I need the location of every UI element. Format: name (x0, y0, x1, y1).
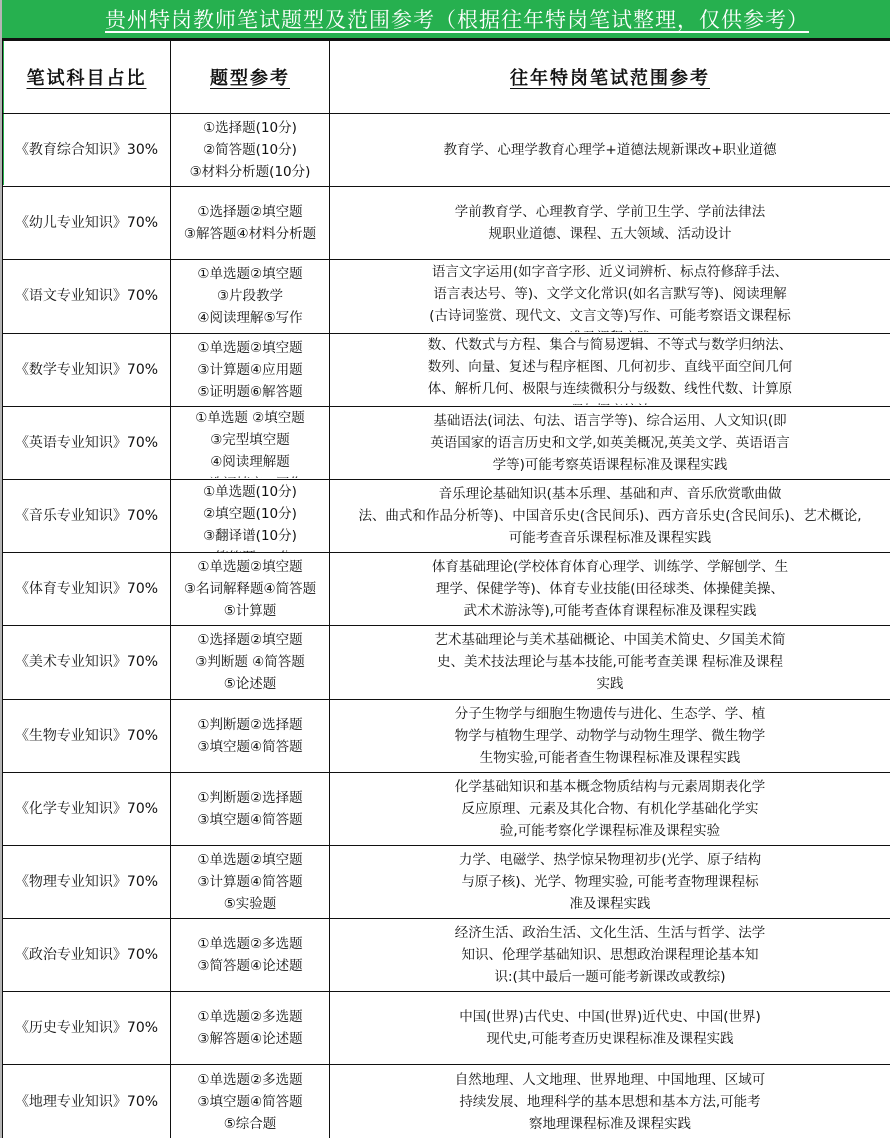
cell-line: ⑤选词填空⑥写作 (171, 473, 329, 478)
scope-cell[interactable]: 学前教育学、心理教育学、学前卫生学、学前法律法规职业道德、课程、五大领域、活动设… (330, 187, 890, 260)
question-types-cell[interactable]: ①单选题②填空题③计算题④简答题⑤实验题 (171, 845, 330, 918)
cell-line: 现代史,可能考查历史课程标准及课程实践 (330, 1028, 890, 1050)
subject-cell[interactable]: 《历史专业知识》70% (3, 992, 171, 1065)
subject-cell[interactable]: 《物理专业知识》70% (3, 845, 171, 918)
question-types-cell-content: ①单选题②填空题③计算题④应用题⑤证明题⑥解答题 (171, 334, 329, 405)
question-types-cell[interactable]: ①单选题②填空题③名词解释题④简答题⑤计算题 (171, 553, 330, 626)
header-row: 笔试科目占比 题型参考 往年特岗笔试范围参考 (3, 41, 890, 114)
cell-line: ①选择题②填空题 (171, 629, 329, 651)
scope-cell[interactable]: 体育基础理论(学校体育体育心理学、训练学、学解刨学、生理学、保健学等)、体育专业… (330, 553, 890, 626)
scope-cell-content: 经济生活、政治生活、文化生活、生活与哲学、法学知识、伦理学基础知识、思想政治课程… (330, 920, 890, 991)
cell-line: 可能考查音乐课程标准及课程实践 (330, 527, 890, 549)
table-row: 《化学专业知识》70%①判断题②选择题③填空题④简答题化学基础知识和基本概念物质… (3, 772, 890, 845)
scope-cell-content: 音乐理论基础知识(基本乐理、基础和声、音乐欣赏歌曲做法、曲式和作品分析等)、中国… (330, 481, 890, 552)
cell-line: 察地理课程标准及课程实践 (330, 1113, 890, 1135)
scope-cell[interactable]: 经济生活、政治生活、文化生活、生活与哲学、法学知识、伦理学基础知识、思想政治课程… (330, 919, 890, 992)
cell-line: ③填空题④简答题 (171, 736, 329, 758)
cell-line: 规职业道德、课程、五大领域、活动设计 (330, 223, 890, 245)
title-banner: 贵州特岗教师笔试题型及范围参考（根据往年特岗笔试整理，仅供参考） (2, 0, 890, 40)
cell-line: ③填空题④简答题 (171, 809, 329, 831)
exam-reference-table: 笔试科目占比 题型参考 往年特岗笔试范围参考 《教育综合知识》30%①选择题(1… (2, 40, 890, 1138)
question-types-cell[interactable]: ①选择题(10分)②简答题(10分)③材料分析题(10分) (171, 114, 330, 187)
cell-line: ⑤计算题 (171, 600, 329, 622)
scope-cell[interactable]: 分子生物学与细胞生物遗传与进化、生态学、学、植物学与植物生理学、动物学与动物生理… (330, 699, 890, 772)
scope-cell-content: 自然地理、人文地理、世界地理、中国地理、区域可持续发展、地理科学的基本思想和基本… (330, 1066, 890, 1137)
cell-line: 识:(其中最后一题可能考新课改或教综) (330, 966, 890, 988)
question-types-cell[interactable]: ①单选题(10分)②填空题(10分)③翻译谱(10分)④简答题(10分) (171, 479, 330, 552)
question-types-cell[interactable]: ①判断题②选择题③填空题④简答题 (171, 772, 330, 845)
cell-line: ⑤论述题 (171, 673, 329, 695)
page-title: 贵州特岗教师笔试题型及范围参考（根据往年特岗笔试整理，仅供参考） (85, 4, 809, 34)
cell-line: 数、代数式与方程、集合与简易逻辑、不等式与数学归纳法、 (330, 334, 890, 356)
cell-line: ⑤综合题 (171, 1113, 329, 1135)
question-types-cell-content: ①单选题②多选题③填空题④简答题⑤综合题 (171, 1066, 329, 1137)
question-types-cell[interactable]: ①选择题②填空题③解答题④材料分析题 (171, 187, 330, 260)
scope-cell[interactable]: 教育学、心理学教育心理学+道德法规新课改+职业道德 (330, 114, 890, 187)
cell-line: ③片段教学 (171, 285, 329, 307)
scope-cell-content: 体育基础理论(学校体育体育心理学、训练学、学解刨学、生理学、保健学等)、体育专业… (330, 554, 890, 625)
cell-line: 理学、保健学等)、体育专业技能(田径球类、体操健美操、 (330, 578, 890, 600)
subject-cell[interactable]: 《体育专业知识》70% (3, 553, 171, 626)
cell-line: ②填空题(10分) (171, 503, 329, 525)
cell-line: 艺术基础理论与美术基础概论、中国美术简史、夕国美术简 (330, 629, 890, 651)
subject-cell[interactable]: 《化学专业知识》70% (3, 772, 171, 845)
cell-line: ③解答题④材料分析题 (171, 223, 329, 245)
question-types-cell-content: ①选择题(10分)②简答题(10分)③材料分析题(10分) (171, 115, 329, 186)
scope-cell-content: 语言文字运用(如字音字形、近义词辨析、标点符修辞手法、语言表达号、等)、文学文化… (330, 261, 890, 332)
header-scope[interactable]: 往年特岗笔试范围参考 (330, 41, 890, 114)
question-types-cell[interactable]: ①选择题②填空题③判断题 ④简答题⑤论述题 (171, 626, 330, 699)
cell-line: 音乐理论基础知识(基本乐理、基础和声、音乐欣赏歌曲做 (330, 483, 890, 505)
cell-line: ⑤实验题 (171, 893, 329, 915)
cell-line: 生物实验,可能者查生物课程标准及课程实践 (330, 747, 890, 769)
table-row: 《数学专业知识》70%①单选题②填空题③计算题④应用题⑤证明题⑥解答题数、代数式… (3, 333, 890, 406)
cell-line: 反应原理、元素及其化合物、有机化学基础化学实 (330, 798, 890, 820)
question-types-cell-content: ①判断题②选择题③填空题④简答题 (171, 773, 329, 844)
scope-cell[interactable]: 语言文字运用(如字音字形、近义词辨析、标点符修辞手法、语言表达号、等)、文学文化… (330, 260, 890, 333)
cell-line: ④简答题(10分) (171, 547, 329, 552)
subject-cell[interactable]: 《美术专业知识》70% (3, 626, 171, 699)
question-types-cell-content: ①单选题②多选题③解答题④论述题 (171, 993, 329, 1064)
question-types-cell[interactable]: ①单选题②多选题③简答题④论述题 (171, 919, 330, 992)
cell-line: ①单选题②多选题 (171, 933, 329, 955)
cell-line: 语言表达号、等)、文学文化常识(如名言默写等)、阅读理解 (330, 283, 890, 305)
cell-line: ②简答题(10分) (171, 139, 329, 161)
question-types-cell[interactable]: ①单选题②多选题③解答题④论述题 (171, 992, 330, 1065)
scope-cell[interactable]: 艺术基础理论与美术基础概论、中国美术简史、夕国美术简史、美术技法理论与基本技能,… (330, 626, 890, 699)
subject-cell[interactable]: 《生物专业知识》70% (3, 699, 171, 772)
cell-line: 体育基础理论(学校体育体育心理学、训练学、学解刨学、生 (330, 556, 890, 578)
table-row: 《幼儿专业知识》70%①选择题②填空题③解答题④材料分析题学前教育学、心理教育学… (3, 187, 890, 260)
cell-line: ①单选题 ②填空题 (171, 407, 329, 429)
scope-cell-content: 化学基础知识和基本概念物质结构与元素周期表化学反应原理、元素及其化合物、有机化学… (330, 773, 890, 844)
scope-cell[interactable]: 音乐理论基础知识(基本乐理、基础和声、音乐欣赏歌曲做法、曲式和作品分析等)、中国… (330, 479, 890, 552)
cell-line: ①单选题②多选题 (171, 1069, 329, 1091)
scope-cell[interactable]: 数、代数式与方程、集合与简易逻辑、不等式与数学归纳法、数列、向量、复述与程序框图… (330, 333, 890, 406)
cell-line: 语言文字运用(如字音字形、近义词辨析、标点符修辞手法、 (330, 261, 890, 283)
cell-line: 史、美术技法理论与基本技能,可能考查美课 程标准及课程 (330, 651, 890, 673)
cell-line: (古诗词鉴赏、现代文、文言文等)写作、可能考察语文课程标 (330, 305, 890, 327)
cell-line: 验,可能考察化学课程标准及课程实验 (330, 820, 890, 842)
cell-line: 物学与植物生理学、动物学与动物生理学、微生物学 (330, 725, 890, 747)
question-types-cell[interactable]: ①判断题②选择题③填空题④简答题 (171, 699, 330, 772)
subject-cell[interactable]: 《教育综合知识》30% (3, 114, 171, 187)
table-row: 《美术专业知识》70%①选择题②填空题③判断题 ④简答题⑤论述题艺术基础理论与美… (3, 626, 890, 699)
subject-cell[interactable]: 《幼儿专业知识》70% (3, 187, 171, 260)
cell-line: ①单选题(10分) (171, 481, 329, 503)
cell-line: 体、解析几何、极限与连续微积分与级数、线性代数、计算原 (330, 378, 890, 400)
cell-line: ⑤证明题⑥解答题 (171, 381, 329, 403)
cell-line: ③翻译谱(10分) (171, 525, 329, 547)
cell-line: ①单选题②多选题 (171, 1006, 329, 1028)
cell-line: ③填空题④简答题 (171, 1091, 329, 1113)
subject-cell[interactable]: 《语文专业知识》70% (3, 260, 171, 333)
cell-line: 准及课程实践 (330, 893, 890, 915)
cell-line: ①判断题②选择题 (171, 714, 329, 736)
cell-line: ③名词解释题④简答题 (171, 578, 329, 600)
question-types-cell-content: ①单选题(10分)②填空题(10分)③翻译谱(10分)④简答题(10分) (171, 481, 329, 552)
cell-line: 实践 (330, 673, 890, 695)
cell-line: ④阅读理解题 (171, 451, 329, 473)
question-types-cell-content: ①选择题②填空题③解答题④材料分析题 (171, 188, 329, 259)
question-types-cell-content: ①单选题②填空题③片段教学④阅读理解⑤写作 (171, 261, 329, 332)
table-row: 《教育综合知识》30%①选择题(10分)②简答题(10分)③材料分析题(10分)… (3, 114, 890, 187)
cell-line: 法、曲式和作品分析等)、中国音乐史(含民间乐)、西方音乐史(含民间乐)、艺术概论… (330, 505, 890, 527)
cell-line: 自然地理、人文地理、世界地理、中国地理、区域可 (330, 1069, 890, 1091)
cell-line: ①单选题②填空题 (171, 849, 329, 871)
question-types-cell-content: ①单选题 ②填空题③完型填空题④阅读理解题⑤选词填空⑥写作 (171, 407, 329, 478)
scope-cell-content: 力学、电磁学、热学惊呆物理初步(光学、原子结构与原子核)、光学、物理实验, 可能… (330, 846, 890, 917)
cell-line: 经济生活、政治生活、文化生活、生活与哲学、法学 (330, 922, 890, 944)
scope-cell-content: 学前教育学、心理教育学、学前卫生学、学前法律法规职业道德、课程、五大领域、活动设… (330, 188, 890, 259)
cell-line: ③完型填空题 (171, 429, 329, 451)
table-row: 《历史专业知识》70%①单选题②多选题③解答题④论述题中国(世界)古代史、中国(… (3, 992, 890, 1065)
cell-line: ①选择题(10分) (171, 117, 329, 139)
cell-line: ④阅读理解⑤写作 (171, 307, 329, 329)
scope-cell[interactable]: 自然地理、人文地理、世界地理、中国地理、区域可持续发展、地理科学的基本思想和基本… (330, 1065, 890, 1138)
question-types-cell[interactable]: ①单选题②多选题③填空题④简答题⑤综合题 (171, 1065, 330, 1138)
subject-cell[interactable]: 《政治专业知识》70% (3, 919, 171, 992)
cell-line: ③材料分析题(10分) (171, 161, 329, 183)
question-types-cell[interactable]: ①单选题 ②填空题③完型填空题④阅读理解题⑤选词填空⑥写作 (171, 406, 330, 479)
subject-cell[interactable]: 《英语专业知识》70% (3, 406, 171, 479)
cell-line: 学等)可能考察英语课程标准及课程实践 (330, 454, 890, 476)
question-types-cell-content: ①单选题②多选题③简答题④论述题 (171, 920, 329, 991)
header-subject-ratio[interactable]: 笔试科目占比 (3, 41, 171, 114)
cell-line: 力学、电磁学、热学惊呆物理初步(光学、原子结构 (330, 849, 890, 871)
scope-cell-content: 艺术基础理论与美术基础概论、中国美术简史、夕国美术简史、美术技法理论与基本技能,… (330, 627, 890, 698)
cell-line: ①单选题②填空题 (171, 263, 329, 285)
cell-line: 分子生物学与细胞生物遗传与进化、生态学、学、植 (330, 703, 890, 725)
cell-line: ①选择题②填空题 (171, 201, 329, 223)
table-row: 《体育专业知识》70%①单选题②填空题③名词解释题④简答题⑤计算题体育基础理论(… (3, 553, 890, 626)
table-row: 《英语专业知识》70%①单选题 ②填空题③完型填空题④阅读理解题⑤选词填空⑥写作… (3, 406, 890, 479)
spreadsheet: 贵州特岗教师笔试题型及范围参考（根据往年特岗笔试整理，仅供参考） 笔试科目占比 … (0, 0, 890, 1138)
cell-line: 化学基础知识和基本概念物质结构与元素周期表化学 (330, 776, 890, 798)
scope-cell-content: 中国(世界)古代史、中国(世界)近代史、中国(世界)现代史,可能考查历史课程标准… (330, 993, 890, 1064)
cell-line: ①判断题②选择题 (171, 787, 329, 809)
table-row: 《语文专业知识》70%①单选题②填空题③片段教学④阅读理解⑤写作语言文字运用(如… (3, 260, 890, 333)
scope-cell-content: 分子生物学与细胞生物遗传与进化、生态学、学、植物学与植物生理学、动物学与动物生理… (330, 700, 890, 771)
cell-line: ①单选题②填空题 (171, 556, 329, 578)
cell-line: 中国(世界)古代史、中国(世界)近代史、中国(世界) (330, 1006, 890, 1028)
header-question-types[interactable]: 题型参考 (171, 41, 330, 114)
cell-line: 准及课程实践 (330, 327, 890, 332)
scope-cell[interactable]: 力学、电磁学、热学惊呆物理初步(光学、原子结构与原子核)、光学、物理实验, 可能… (330, 845, 890, 918)
scope-cell[interactable]: 化学基础知识和基本概念物质结构与元素周期表化学反应原理、元素及其化合物、有机化学… (330, 772, 890, 845)
cell-line: ③解答题④论述题 (171, 1028, 329, 1050)
subject-cell[interactable]: 《地理专业知识》70% (3, 1065, 171, 1138)
question-types-cell-content: ①单选题②填空题③名词解释题④简答题⑤计算题 (171, 554, 329, 625)
subject-cell[interactable]: 《音乐专业知识》70% (3, 479, 171, 552)
cell-line: ③简答题④论述题 (171, 955, 329, 977)
table-row: 《物理专业知识》70%①单选题②填空题③计算题④简答题⑤实验题力学、电磁学、热学… (3, 845, 890, 918)
question-types-cell[interactable]: ①单选题②填空题③计算题④应用题⑤证明题⑥解答题 (171, 333, 330, 406)
cell-line: ③计算题④简答题 (171, 871, 329, 893)
cell-line: 知识、伦理学基础知识、思想政治课程理论基本知 (330, 944, 890, 966)
scope-cell-content: 教育学、心理学教育心理学+道德法规新课改+职业道德 (330, 115, 890, 186)
cell-line: 学前教育学、心理教育学、学前卫生学、学前法律法 (330, 201, 890, 223)
cell-line: ①单选题②填空题 (171, 337, 329, 359)
cell-line: 与原子核)、光学、物理实验, 可能考查物理课程标 (330, 871, 890, 893)
cell-line: 武术术游泳等),可能考查体育课程标准及课程实践 (330, 600, 890, 622)
scope-cell-content: 基础语法(词法、句法、语言学等)、综合运用、人文知识(即英语国家的语言历史和文学… (330, 407, 890, 478)
cell-line: ③判断题 ④简答题 (171, 651, 329, 673)
question-types-cell[interactable]: ①单选题②填空题③片段教学④阅读理解⑤写作 (171, 260, 330, 333)
subject-cell[interactable]: 《数学专业知识》70% (3, 333, 171, 406)
question-types-cell-content: ①选择题②填空题③判断题 ④简答题⑤论述题 (171, 627, 329, 698)
scope-cell-content: 数、代数式与方程、集合与简易逻辑、不等式与数学归纳法、数列、向量、复述与程序框图… (330, 334, 890, 405)
table-row: 《政治专业知识》70%①单选题②多选题③简答题④论述题经济生活、政治生活、文化生… (3, 919, 890, 992)
table-row: 《地理专业知识》70%①单选题②多选题③填空题④简答题⑤综合题自然地理、人文地理… (3, 1065, 890, 1138)
question-types-cell-content: ①单选题②填空题③计算题④简答题⑤实验题 (171, 846, 329, 917)
cell-line: 基础语法(词法、句法、语言学等)、综合运用、人文知识(即 (330, 410, 890, 432)
cell-line: 持续发展、地理科学的基本思想和基本方法,可能考 (330, 1091, 890, 1113)
scope-cell[interactable]: 中国(世界)古代史、中国(世界)近代史、中国(世界)现代史,可能考查历史课程标准… (330, 992, 890, 1065)
cell-line: 英语国家的语言历史和文学,如英美概况,英美文学、英语语言 (330, 432, 890, 454)
question-types-cell-content: ①判断题②选择题③填空题④简答题 (171, 700, 329, 771)
table-row: 《音乐专业知识》70%①单选题(10分)②填空题(10分)③翻译谱(10分)④简… (3, 479, 890, 552)
cell-line: 教育学、心理学教育心理学+道德法规新课改+职业道德 (330, 139, 890, 161)
cell-line: 理与概率统计 (330, 400, 890, 405)
cell-line: 数列、向量、复述与程序框图、几何初步、直线平面空间几何 (330, 356, 890, 378)
cell-line: ③计算题④应用题 (171, 359, 329, 381)
table-row: 《生物专业知识》70%①判断题②选择题③填空题④简答题分子生物学与细胞生物遗传与… (3, 699, 890, 772)
scope-cell[interactable]: 基础语法(词法、句法、语言学等)、综合运用、人文知识(即英语国家的语言历史和文学… (330, 406, 890, 479)
